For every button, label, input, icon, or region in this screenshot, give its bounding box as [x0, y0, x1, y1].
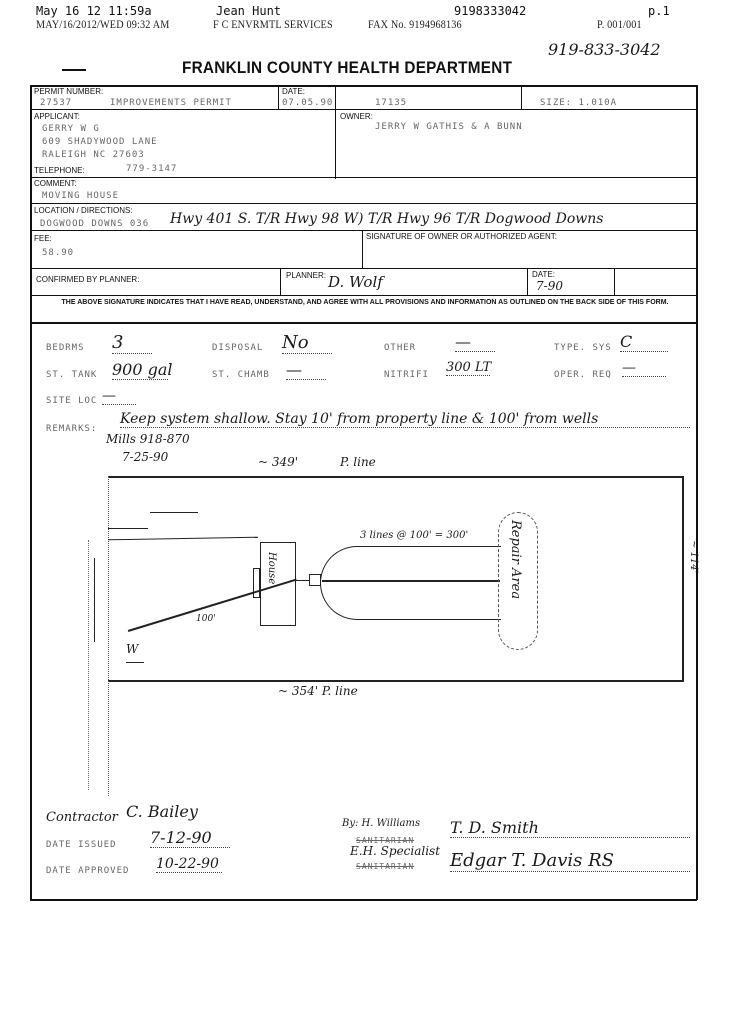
remarks-line-2: Mills 918-870	[106, 432, 190, 446]
date-label: DATE:	[282, 87, 305, 96]
record-number: 17135	[375, 98, 407, 108]
fee-label: FEE:	[34, 234, 52, 243]
sketch-left-line	[108, 476, 109, 796]
remarks-label: REMARKS:	[46, 424, 97, 434]
well-icon: W	[126, 642, 138, 656]
form-border-bottom	[30, 899, 697, 901]
divider	[30, 177, 697, 178]
comment-label: COMMENT:	[34, 179, 77, 188]
drain-line-middle	[322, 580, 500, 582]
fee-value: 58.90	[42, 248, 74, 258]
nitrifi-value: 300 LT	[446, 360, 490, 376]
applicant-line-1: GERRY W G	[42, 124, 100, 134]
sewer-pipe	[295, 580, 309, 581]
disposal-value: No	[282, 332, 332, 354]
drain-lines-label: 3 lines @ 100' = 300'	[360, 530, 468, 541]
house-porch	[253, 568, 260, 598]
bedrooms-label: BEDRMS	[46, 343, 85, 353]
size-value: SIZE: 1.010A	[540, 98, 617, 108]
type-sys-value: C	[620, 332, 668, 352]
site-loc-label: SITE LOC	[46, 396, 97, 406]
fax-sender-2: F C ENVRMTL SERVICES	[213, 17, 333, 32]
sketch-road-line	[108, 528, 148, 529]
divider	[30, 109, 697, 110]
oper-req-label: OPER. REQ	[554, 370, 612, 380]
form-border-right	[696, 85, 698, 900]
divider	[30, 295, 697, 296]
planner-date-value: 7-90	[536, 279, 563, 293]
location-label: LOCATION / DIRECTIONS:	[34, 206, 133, 215]
fax-number: 9198333042	[454, 4, 526, 18]
other-value: —	[455, 332, 495, 352]
type-sys-label: TYPE. SYS	[554, 343, 612, 353]
well-mark	[126, 662, 144, 663]
planner-signature: D. Wolf	[328, 273, 383, 291]
fax-timestamp: May 16 12 11:59a	[36, 4, 152, 18]
sketch-bottom-line	[108, 680, 684, 682]
remarks-line-1: Keep system shallow. Stay 10' from prope…	[120, 411, 690, 428]
house-label: House	[266, 552, 277, 584]
planner-date-label: DATE:	[532, 270, 555, 279]
fax-timestamp-2: MAY/16/2012/WED 09:32 AM	[36, 17, 169, 32]
confirmed-by-planner-label: CONFIRMED BY PLANNER:	[36, 275, 139, 284]
telephone-label: TELEPHONE:	[34, 166, 85, 175]
sketch-right-line	[682, 476, 684, 682]
remarks-property-line: P. line	[340, 455, 376, 469]
eh-specialist-label: E.H. Specialist	[350, 844, 440, 858]
page-title: FRANKLIN COUNTY HEALTH DEPARTMENT	[182, 58, 512, 78]
permit-number-label: PERMIT NUMBER:	[34, 87, 103, 96]
other-label: OTHER	[384, 343, 416, 353]
location-typed: DOGWOOD DOWNS 036	[40, 219, 149, 229]
date-issued-value: 7-12-90	[150, 828, 230, 848]
sketch-road-edge	[88, 540, 89, 790]
sketch-top-line	[108, 476, 684, 478]
bedrooms-value: 3	[112, 332, 152, 354]
owner-value: JERRY W GATHIS & A BUNN	[375, 122, 523, 132]
site-loc-value: —	[102, 388, 136, 405]
disposal-label: DISPOSAL	[212, 343, 263, 353]
telephone-value: 779-3147	[126, 164, 177, 174]
form-border-top	[30, 85, 697, 87]
divider	[521, 85, 522, 109]
fax-page: p.1	[648, 4, 670, 18]
remarks-distance: ~ 349'	[258, 455, 298, 469]
nitrifi-label: NITRIFI	[384, 370, 429, 380]
handwritten-phone: 919-833-3042	[548, 40, 661, 59]
inspector-by-label: By: H. Williams	[342, 818, 420, 829]
fax-sender: Jean Hunt	[216, 4, 281, 18]
contractor-value: C. Bailey	[126, 802, 198, 821]
divider	[527, 268, 528, 295]
divider	[278, 85, 279, 109]
comment-value: MOVING HOUSE	[42, 191, 119, 201]
divider	[30, 230, 697, 231]
sketch-road-line	[150, 512, 198, 513]
date-issued-label: DATE ISSUED	[46, 840, 117, 850]
st-chamb-value: —	[286, 360, 326, 380]
sanitarian-struck-label-2: SANITARIAN	[356, 862, 414, 871]
sketch-driveway-line	[108, 537, 258, 541]
divider	[280, 268, 281, 295]
repair-area-outline	[498, 512, 538, 650]
inspector-signature-1: T. D. Smith	[450, 818, 690, 838]
date-approved-label: DATE APPROVED	[46, 866, 129, 876]
applicant-line-2: 609 SHADYWOOD LANE	[42, 137, 158, 147]
st-tank-label: ST. TANK	[46, 370, 97, 380]
fax-page-2: P. 001/001	[597, 17, 642, 32]
st-tank-value: 900 gal	[112, 360, 168, 380]
owner-label: OWNER:	[340, 112, 373, 121]
divider	[30, 268, 697, 269]
well-distance-label: 100'	[196, 614, 216, 624]
divider	[30, 322, 697, 324]
form-border-left	[30, 85, 32, 900]
right-distance-label: ~ 114'	[688, 540, 699, 573]
fax-number-2: FAX No. 9194968136	[368, 17, 462, 32]
drain-field-outline	[320, 546, 501, 620]
inspector-signature-2: Edgar T. Davis RS	[450, 850, 690, 872]
st-chamb-label: ST. CHAMB	[212, 370, 270, 380]
applicant-line-3: RALEIGH NC 27603	[42, 150, 145, 160]
remarks-line-3: 7-25-90	[122, 450, 168, 464]
divider	[614, 268, 615, 295]
applicant-label: APPLICANT:	[34, 112, 80, 121]
contractor-label: Contractor	[46, 810, 118, 825]
oper-req-value: —	[622, 360, 666, 377]
divider	[362, 230, 363, 268]
date-approved-value: 10-22-90	[156, 856, 222, 873]
agreement-notice: THE ABOVE SIGNATURE INDICATES THAT I HAV…	[50, 298, 680, 308]
location-handwritten: Hwy 401 S. T/R Hwy 98 W) T/R Hwy 96 T/R …	[170, 211, 604, 227]
signature-owner-label: SIGNATURE OF OWNER OR AUTHORIZED AGENT:	[366, 232, 557, 241]
permit-type-value: IMPROVEMENTS PERMIT	[110, 98, 232, 108]
divider	[30, 203, 697, 204]
side-dimension-arrow	[94, 558, 95, 642]
planner-label: PLANNER:	[286, 271, 326, 280]
divider	[335, 85, 336, 179]
scan-mark	[62, 69, 86, 71]
date-value: 07.05.90	[282, 98, 333, 108]
bottom-distance-label: ~ 354' P. line	[278, 684, 358, 698]
permit-number-value: 27537	[40, 98, 72, 108]
